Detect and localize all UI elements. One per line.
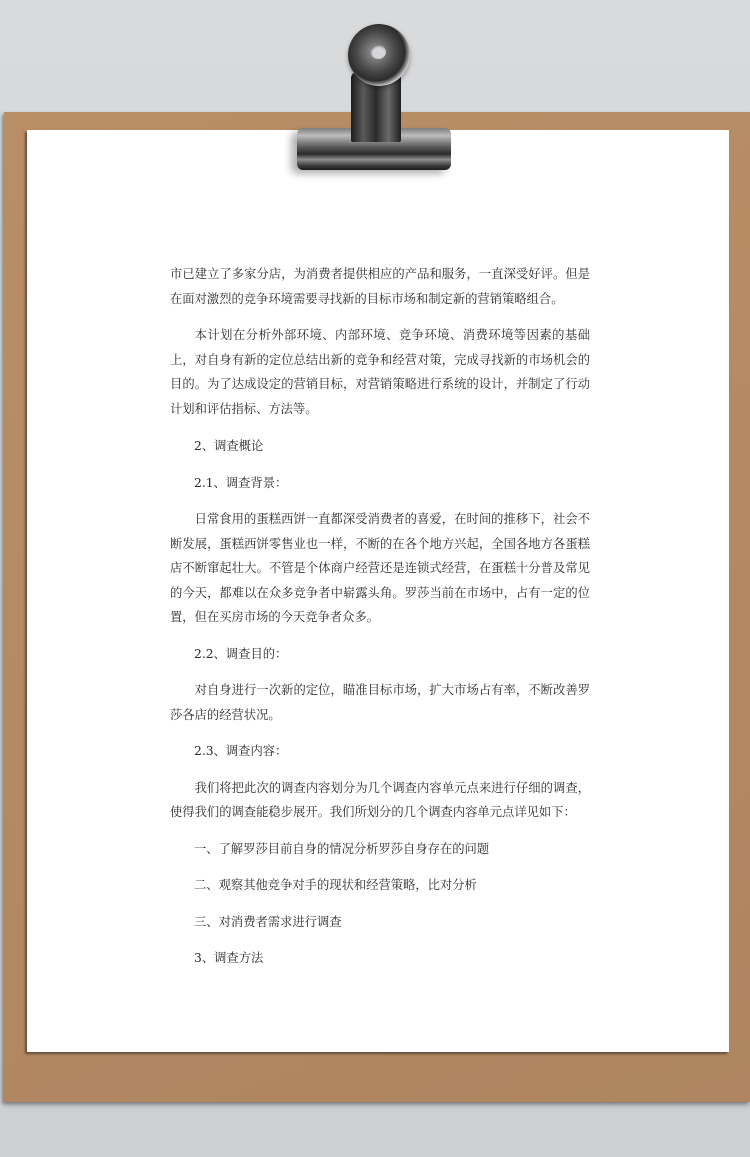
list-item-3: 三、对消费者需求进行调查 [170, 910, 590, 935]
binder-clip-icon [285, 24, 463, 172]
heading-survey-content: 2.3、调查内容： [170, 739, 590, 764]
document-text: 市已建立了多家分店，为消费者提供相应的产品和服务，一直深受好评。但是在面对激烈的… [170, 262, 590, 971]
heading-survey-overview: 2、调查概论 [170, 434, 590, 459]
paragraph-survey-purpose: 对自身进行一次新的定位，瞄准目标市场，扩大市场占有率，不断改善罗莎各店的经营状况… [170, 678, 590, 727]
heading-survey-purpose: 2.2、调查目的： [170, 642, 590, 667]
clip-ring [348, 24, 410, 86]
clip-hole [370, 45, 386, 59]
heading-survey-background: 2.1、调查背景： [170, 471, 590, 496]
paragraph-survey-content: 我们将把此次的调查内容划分为几个调查内容单元点来进行仔细的调查，使得我们的调查能… [170, 776, 590, 825]
list-item-1: 一、了解罗莎目前自身的情况分析罗莎自身存在的问题 [170, 837, 590, 862]
paragraph-continuation: 市已建立了多家分店，为消费者提供相应的产品和服务，一直深受好评。但是在面对激烈的… [170, 262, 590, 311]
heading-survey-method: 3、调查方法 [170, 946, 590, 971]
list-item-2: 二、观察其他竞争对手的现状和经营策略，比对分析 [170, 873, 590, 898]
paragraph-survey-background: 日常食用的蛋糕西饼一直都深受消费者的喜爱，在时间的推移下，社会不断发展，蛋糕西饼… [170, 507, 590, 630]
paragraph-plan-overview: 本计划在分析外部环境、内部环境、竞争环境、消费环境等因素的基础上，对自身有新的定… [170, 323, 590, 421]
